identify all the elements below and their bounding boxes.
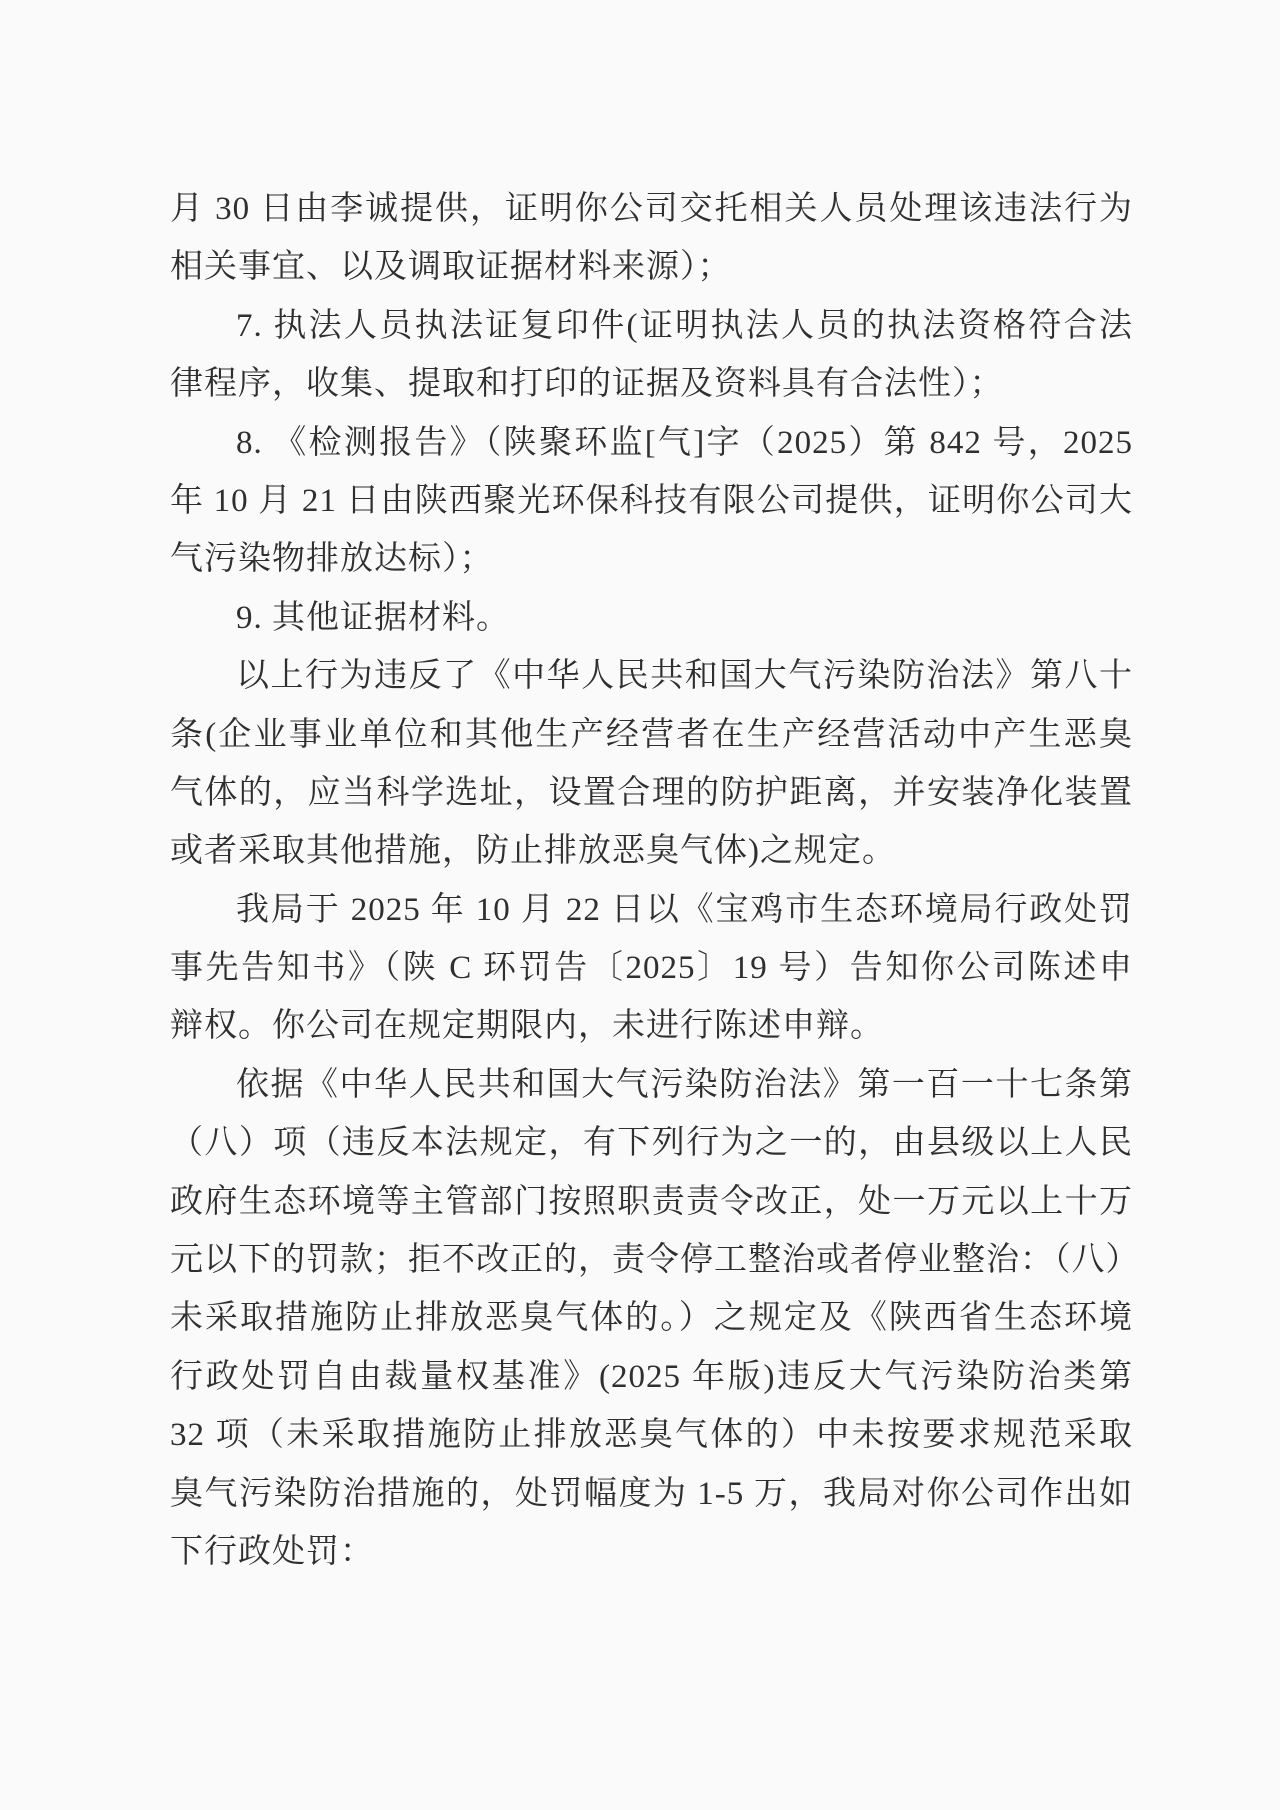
document-line: 辩权。你公司在规定期限内，未进行陈述申辩。 xyxy=(170,997,1133,1055)
document-line: 或者采取其他措施，防止排放恶臭气体)之规定。 xyxy=(170,822,1133,880)
document-line: 依据《中华人民共和国大气污染防治法》第一百一十七条第 xyxy=(170,1056,1133,1114)
document-line: 我局于 2025 年 10 月 22 日以《宝鸡市生态环境局行政处罚 xyxy=(170,881,1133,939)
document-line: 8. 《检测报告》（陕聚环监[气]字（2025）第 842 号，2025 xyxy=(170,414,1133,472)
document-line: 气体的，应当科学选址，设置合理的防护距离，并安装净化装置 xyxy=(170,764,1133,822)
document-line: 条(企业事业单位和其他生产经营者在生产经营活动中产生恶臭 xyxy=(170,706,1133,764)
document-line: 行政处罚自由裁量权基准》(2025 年版)违反大气污染防治类第 xyxy=(170,1348,1133,1406)
document-line: 下行政处罚： xyxy=(170,1523,1133,1581)
document-line: 相关事宜、以及调取证据材料来源）； xyxy=(170,238,1133,296)
document-line: 事先告知书》（陕 C 环罚告〔2025〕19 号）告知你公司陈述申 xyxy=(170,939,1133,997)
document-line: 9. 其他证据材料。 xyxy=(170,589,1133,647)
document-page: 月 30 日由李诚提供，证明你公司交托相关人员处理该违法行为相关事宜、以及调取证… xyxy=(170,180,1133,1581)
document-line: 32 项（未采取措施防止排放恶臭气体的）中未按要求规范采取 xyxy=(170,1406,1133,1464)
document-line: 臭气污染防治措施的，处罚幅度为 1-5 万，我局对你公司作出如 xyxy=(170,1465,1133,1523)
document-line: 气污染物排放达标）； xyxy=(170,530,1133,588)
document-line: 律程序，收集、提取和打印的证据及资料具有合法性）； xyxy=(170,355,1133,413)
document-line: 未采取措施防止排放恶臭气体的。）之规定及《陕西省生态环境 xyxy=(170,1289,1133,1347)
document-line: 年 10 月 21 日由陕西聚光环保科技有限公司提供，证明你公司大 xyxy=(170,472,1133,530)
document-line: 元以下的罚款；拒不改正的，责令停工整治或者停业整治：（八） xyxy=(170,1231,1133,1289)
document-line: 以上行为违反了《中华人民共和国大气污染防治法》第八十 xyxy=(170,647,1133,705)
document-line: 7. 执法人员执法证复印件(证明执法人员的执法资格符合法 xyxy=(170,297,1133,355)
document-line: （八）项（违反本法规定，有下列行为之一的，由县级以上人民 xyxy=(170,1114,1133,1172)
document-line: 月 30 日由李诚提供，证明你公司交托相关人员处理该违法行为 xyxy=(170,180,1133,238)
document-line: 政府生态环境等主管部门按照职责责令改正，处一万元以上十万 xyxy=(170,1173,1133,1231)
